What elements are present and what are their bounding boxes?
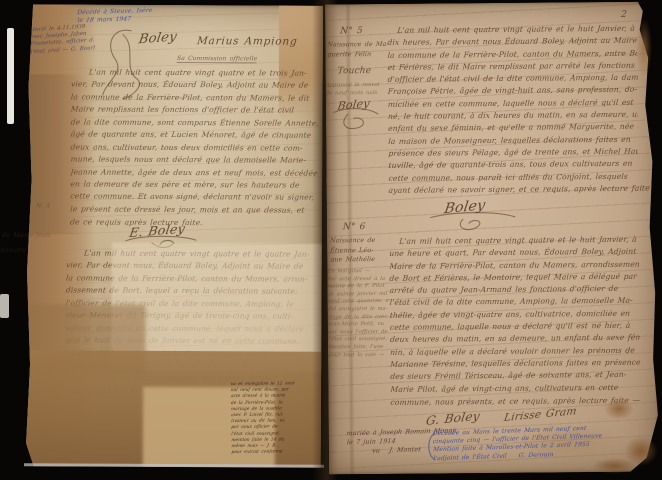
heading-signature: Boley	[137, 29, 178, 47]
margin-mark-name-2: Annette	[0, 246, 27, 254]
entry6-closing-line: commune, nous présents, et ce requis, ap…	[390, 396, 641, 407]
margin-mark-name-1: de Marie-Jean	[2, 231, 51, 239]
torn-edge-blot	[592, 458, 636, 474]
dense-marginal-scribble-block: vu et enregistré le 12 aoûtmil neuf cent…	[231, 381, 320, 464]
torn-edge-blot	[604, 398, 634, 420]
entry5-number: N° 5	[340, 26, 363, 36]
scanned-register-spread: Décédé à Steuve, Isèrele 18 mars 1947 Ma…	[0, 0, 662, 480]
torn-edge-blot	[636, 18, 652, 78]
blue-note-brace-icon	[425, 431, 439, 461]
backing-paper-sliver-gray	[0, 294, 9, 318]
bottom-page-edge	[24, 463, 324, 468]
act-heading-subtitle: Sa Commission officielle	[177, 55, 258, 63]
page-number: 2	[621, 10, 628, 20]
entry5-closing-line: ayant déclaré ne savoir signer, et ce re…	[388, 184, 650, 195]
entry5-margin-word: Touche	[337, 66, 371, 76]
margin-mark-number: N. 4	[36, 202, 51, 209]
blue-death-bottom-note: Décédée au Mans le trente Mars mil neuf …	[432, 423, 643, 463]
backing-paper-sliver	[7, 28, 14, 124]
act-heading-name: Marius Ampiong	[196, 35, 298, 48]
page-gutter-shadow	[312, 0, 338, 480]
entry5-signature-swash-icon	[427, 209, 519, 234]
entry6-number: N° 6	[343, 222, 366, 232]
entry6-margin-title: Naissance deÉtienne Léo-que Mathélie	[330, 236, 390, 265]
act1-body-text: L'an mil huit cent quatre vingt quatre e…	[70, 67, 321, 220]
entry5-body-text: L'an mil huit cent quatre vingt quatre e…	[387, 24, 638, 188]
entry6-signature-left: G. Boley	[425, 409, 481, 428]
left-page: Décédé à Steuve, Isèrele 18 mars 1947 Ma…	[25, 4, 323, 468]
entry6-body-text: L'an mil huit cent quatre vingt quatre e…	[389, 235, 640, 399]
entry6-signature-right: Lirisse Gram	[503, 405, 578, 424]
